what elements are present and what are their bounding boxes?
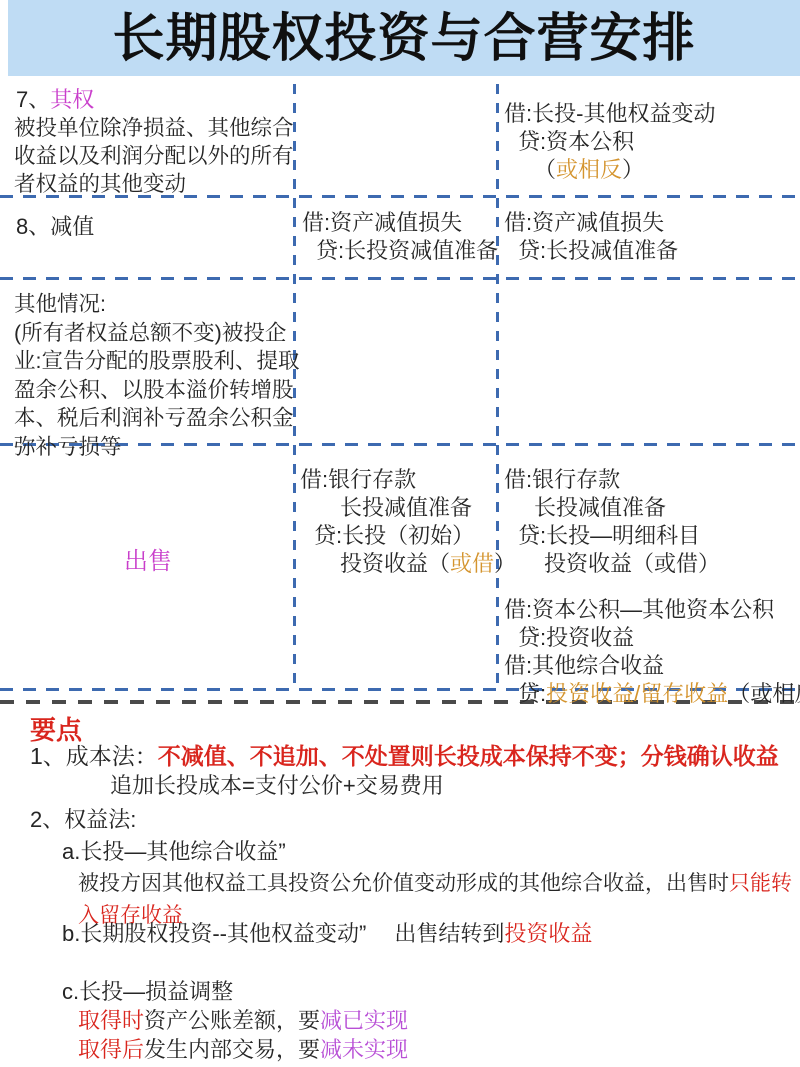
journal-line: 投资收益（或借） — [300, 550, 516, 578]
header-band: 长期股权投资与合营安排 — [8, 0, 800, 76]
row7-number: 7、 — [16, 87, 50, 112]
other-cases-cell: 其他情况: (所有者权益总额不变)被投企业:宣告分配的股票股利、提取盈余公积、以… — [14, 290, 304, 461]
note2b-red: 投资收益 — [504, 921, 592, 946]
journal-line: 借:资产减值损失 — [504, 209, 678, 237]
other-cases-body: (所有者权益总额不变)被投企业:宣告分配的股票股利、提取盈余公积、以股本溢价转增… — [14, 319, 304, 462]
sale-middle-entry: 借:银行存款 长投减值准备 贷:长投（初始） 投资收益（或借） — [300, 466, 516, 578]
sale-right-entry-1: 借:银行存款 长投减值准备 贷:长投—明细科目 投资收益（或借） — [504, 466, 720, 578]
note-item-1: 1、成本法：不减值、不追加、不处置则长投成本保持不变；分钱确认收益 — [30, 742, 779, 771]
journal-line: 贷:长投（初始） — [300, 522, 516, 550]
journal-line: 投资收益（或借） — [504, 550, 720, 578]
note2c-line1-red: 取得时 — [78, 1008, 144, 1033]
journal-line: 长投减值准备 — [504, 494, 720, 522]
note2c-title: c.长投—损益调整 — [62, 978, 233, 1006]
note-item-2-label: 2、权益法: — [30, 806, 136, 834]
table-vertical-divider-2 — [496, 84, 499, 690]
journal-line: 借:资本公积—其他资本公积 — [504, 596, 800, 624]
or-debit-note: 或借 — [450, 551, 494, 576]
note2a-title: a.长投—其他综合收益” — [62, 838, 286, 866]
sale-right-entry-2: 借:资本公积—其他资本公积 贷:投资收益 借:其他综合收益 贷:投资收益/留存收… — [504, 596, 800, 708]
journal-line: 贷:投资收益 — [504, 624, 800, 652]
paren-open: （ — [534, 157, 556, 182]
journal-line: 借:银行存款 — [300, 466, 516, 494]
row7-description: 被投单位除净损益、其他综合收益以及利润分配以外的所有者权益的其他变动 — [14, 114, 296, 198]
journal-line: （或相反） — [504, 156, 715, 184]
note2c-line2: 取得后发生内部交易，要减未实现 — [78, 1036, 408, 1064]
journal-line: 贷:长投减值准备 — [504, 237, 678, 265]
note2b-line: b.长期股权投资--其他权益变动”出售结转到投资收益 — [62, 920, 592, 948]
journal-line: 借:银行存款 — [504, 466, 720, 494]
journal-line: 贷:长投资减值准备 — [302, 237, 498, 265]
journal-line: 贷:长投—明细科目 — [504, 522, 720, 550]
note2a-body-text: 被投方因其他权益工具投资公允价值变动形成的其他综合收益，出售时 — [78, 872, 729, 895]
note1-sub: 追加长投成本=支付公价+交易费用 — [110, 772, 444, 800]
row7-keyword: 其权 — [50, 87, 94, 112]
row8-right-entry: 借:资产减值损失 贷:长投减值准备 — [504, 209, 678, 265]
study-note-page: 长期股权投资与合营安排 7、其权 被投单位除净损益、其他综合收益以及利润分配以外… — [0, 0, 800, 1067]
table-row-divider-2 — [0, 277, 800, 280]
note2c-line1-black: 资产公账差额，要 — [144, 1008, 320, 1033]
other-cases-heading: 其他情况: — [14, 290, 304, 319]
note1-label: 1、成本法： — [30, 743, 158, 769]
note2c-line2-purple: 减未实现 — [320, 1037, 408, 1062]
note2c-line2-red: 取得后 — [78, 1037, 144, 1062]
journal-line: 长投减值准备 — [300, 494, 516, 522]
investment-income-retained-earnings: 投资收益/留存收益 — [546, 681, 728, 706]
note2b-pre: b.长期股权投资--其他权益变动” — [62, 921, 366, 946]
note1-highlight: 不减值、不追加、不处置则长投成本保持不变；分钱确认收益 — [158, 743, 779, 769]
journal-line: 贷:投资收益/留存收益（或相反） — [504, 680, 800, 708]
journal-line: 贷:资本公积 — [504, 128, 715, 156]
row7-label: 7、其权 — [16, 86, 94, 114]
note2b-mid: 出售结转到 — [394, 921, 504, 946]
note2c-line1: 取得时资产公账差额，要减已实现 — [78, 1007, 408, 1035]
paren-close: ） — [622, 157, 644, 182]
journal-line: 借:其他综合收益 — [504, 652, 800, 680]
journal-line: 借:长投-其他权益变动 — [504, 100, 715, 128]
note2c-line2-black: 发生内部交易，要 — [144, 1037, 320, 1062]
sale-label: 出售 — [124, 548, 172, 576]
journal-line: 借:资产减值损失 — [302, 209, 498, 237]
or-reverse-note: 或相反 — [556, 157, 622, 182]
page-title: 长期股权投资与合营安排 — [8, 0, 800, 78]
or-reverse-note: （或相反） — [728, 681, 800, 706]
journal-text: 贷: — [518, 681, 546, 706]
row8-middle-entry: 借:资产减值损失 贷:长投资减值准备 — [302, 209, 498, 265]
row7-right-entry: 借:长投-其他权益变动 贷:资本公积 （或相反） — [504, 100, 715, 184]
journal-text: 投资收益（ — [340, 551, 450, 576]
note2c-line1-purple: 减已实现 — [320, 1008, 408, 1033]
row8-label: 8、减值 — [16, 213, 94, 241]
